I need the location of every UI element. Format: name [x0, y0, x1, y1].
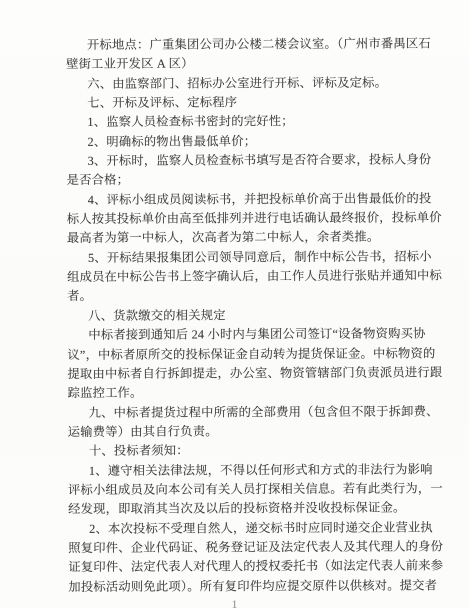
text-line: 1、监察人员检查标书密封的完好性； [66, 112, 438, 133]
text-line: 是否合格； [67, 170, 439, 191]
text-line: 最高者为第一中标人，次高者为第二中标人，余者类推。 [67, 228, 439, 249]
text-line: 壁街工业开发区 A 区） [66, 54, 438, 75]
text-line: 组成员在中标公告书上签字确认后，由工作人员进行张贴并通知中标 [67, 266, 439, 287]
text-line: 加投标活动则免此项）。所有复印件均应提交原件以供核对。提交者 [68, 576, 440, 597]
text-line: 5、开标结果报集团公司领导同意后，制作中标公告书，招标小 [67, 247, 439, 268]
text-line: 者。 [67, 286, 439, 307]
text-line: 六、由监察部门、招标办公室进行开标、评标及定标。 [66, 73, 438, 94]
text-line: 提取由中标者自行拆卸提走，办公室、物资管辖部门负责派员进行跟 [67, 363, 439, 384]
text-line: 开标地点：广重集团公司办公楼二楼会议室。（广州市番禺区石 [66, 34, 438, 55]
text-line: 4、评标小组成员阅读标书，并把投标单价高于出售最低价的投 [67, 189, 439, 210]
text-line: 1、遵守相关法律法规，不得以任何形式和方式的非法行为影响 [68, 460, 440, 481]
text-line: 照复印件、企业代码证、税务登记证及法定代表人及其代理人的身份 [68, 537, 440, 558]
text-line: 十、投标者须知： [68, 441, 440, 462]
text-line: 评标小组成员及向本公司有关人员打探相关信息。若有此类行为，一 [68, 479, 440, 500]
document-page: 开标地点：广重集团公司办公楼二楼会议室。（广州市番禺区石壁街工业开发区 A 区）… [0, 0, 469, 608]
text-line: 2、本次投标不受理自然人，递交标书时应同时递交企业营业执 [68, 518, 440, 539]
text-line: 经发现，即取消其当次及以后的投标资格并没收投标保证金。 [68, 499, 440, 520]
text-line: 中标者接到通知后 24 小时内与集团公司签订“设备物资购买协 [67, 325, 439, 346]
document-body: 开标地点：广重集团公司办公楼二楼会议室。（广州市番禺区石壁街工业开发区 A 区）… [66, 34, 440, 597]
text-line: 九、中标者提货过程中所需的全部费用（包含但不限于拆卸费、 [68, 402, 440, 423]
text-line: 2、明确标的物出售最低单价； [66, 131, 438, 152]
text-line: 证复印件、法定代表人对代理人的授权委托书（如法定代表人前来参 [68, 557, 440, 578]
page-number: 1 [0, 597, 469, 608]
text-line: 踪监控工作。 [68, 383, 440, 404]
text-line: 议”，中标者原所交的投标保证金自动转为提货保证金。中标物资的 [67, 344, 439, 365]
text-line: 运输费等）由其自行负责。 [68, 421, 440, 442]
text-line: 标人按其投标单价由高至低排列并进行电话确认最终报价，投标单价 [67, 208, 439, 229]
text-line: 八、货款缴交的相关规定 [67, 305, 439, 326]
text-line: 3、开标时，监察人员检查标书填写是否符合要求，投标人身份 [67, 150, 439, 171]
text-line: 七、开标及评标、定标程序 [66, 92, 438, 113]
